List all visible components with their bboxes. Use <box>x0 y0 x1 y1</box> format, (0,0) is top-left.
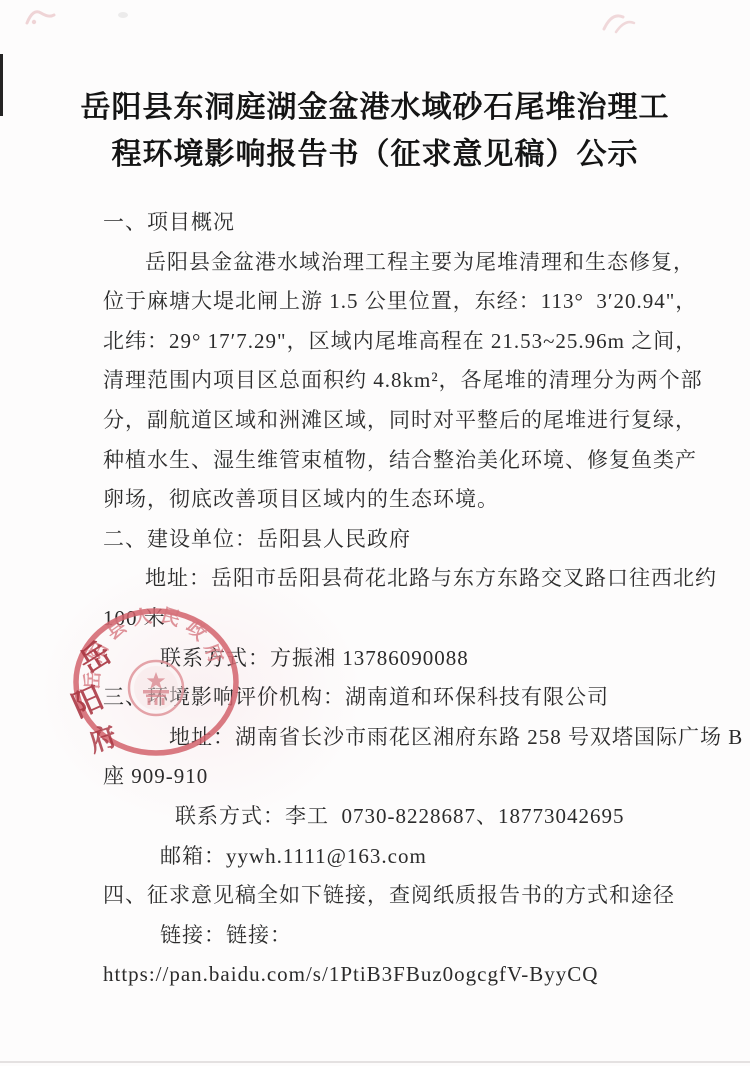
doc-line: 位于麻塘大堤北闸上游 1.5 公里位置，东经：113° 3′20.94"， <box>103 282 663 322</box>
doc-line-url: https://pan.baidu.com/s/1PtiB3FBuz0ogcgf… <box>103 955 663 995</box>
title-line-2: 程环境影响报告书（征求意见稿）公示 <box>0 131 750 178</box>
doc-line: 座 909-910 <box>103 757 663 797</box>
title-line-1: 岳阳县东洞庭湖金盆港水域砂石尾堆治理工 <box>0 84 750 131</box>
scan-edge-artifact <box>0 54 3 116</box>
doc-line-contact: 联系方式：李工 0730-8228687、18773042695 <box>103 797 663 837</box>
doc-line: 分，副航道区域和洲滩区域，同时对平整后的尾堆进行复绿， <box>103 401 663 441</box>
doc-line-email: 邮箱：yywh.1111@163.com <box>103 837 663 877</box>
doc-line-section-1: 一、项目概况 <box>103 203 663 243</box>
doc-line-link-label: 链接：链接： <box>103 916 663 956</box>
doc-line: 北纬：29° 17′7.29"，区域内尾堆高程在 21.53~25.96m 之间… <box>103 322 663 362</box>
doc-line-address: 地址：湖南省长沙市雨花区湘府东路 258 号双塔国际广场 B <box>103 718 663 758</box>
doc-line-section-4: 四、征求意见稿全如下链接，查阅纸质报告书的方式和途径 <box>103 876 663 916</box>
stamp-smudge-icon <box>22 4 58 37</box>
doc-line: 100 米 <box>103 599 663 639</box>
doc-line-contact: 联系方式：方振湘 13786090088 <box>103 639 663 679</box>
doc-line: 岳阳县金盆港水域治理工程主要为尾堆清理和生态修复， <box>103 243 663 283</box>
document-body: 一、项目概况 岳阳县金盆港水域治理工程主要为尾堆清理和生态修复， 位于麻塘大堤北… <box>103 203 663 995</box>
doc-line: 清理范围内项目区总面积约 4.8km²，各尾堆的清理分为两个部 <box>103 361 663 401</box>
scanned-document-page: 岳阳县东洞庭湖金盆港水域砂石尾堆治理工 程环境影响报告书（征求意见稿）公示 一、… <box>0 0 750 1066</box>
doc-line: 卵场，彻底改善项目区域内的生态环境。 <box>103 480 663 520</box>
doc-line-section-2: 二、建设单位：岳阳县人民政府 <box>103 520 663 560</box>
doc-line-address: 地址：岳阳市岳阳县荷花北路与东方东路交叉路口往西北约 <box>103 559 663 599</box>
doc-line: 种植水生、湿生维管束植物，结合整治美化环境、修复鱼类产 <box>103 441 663 481</box>
scan-edge-artifact <box>0 1061 750 1063</box>
stamp-smudge-icon <box>598 6 640 43</box>
scan-speck <box>118 12 128 18</box>
doc-line-section-3: 三、环境影响评价机构：湖南道和环保科技有限公司 <box>103 678 663 718</box>
document-title: 岳阳县东洞庭湖金盆港水域砂石尾堆治理工 程环境影响报告书（征求意见稿）公示 <box>0 84 750 178</box>
